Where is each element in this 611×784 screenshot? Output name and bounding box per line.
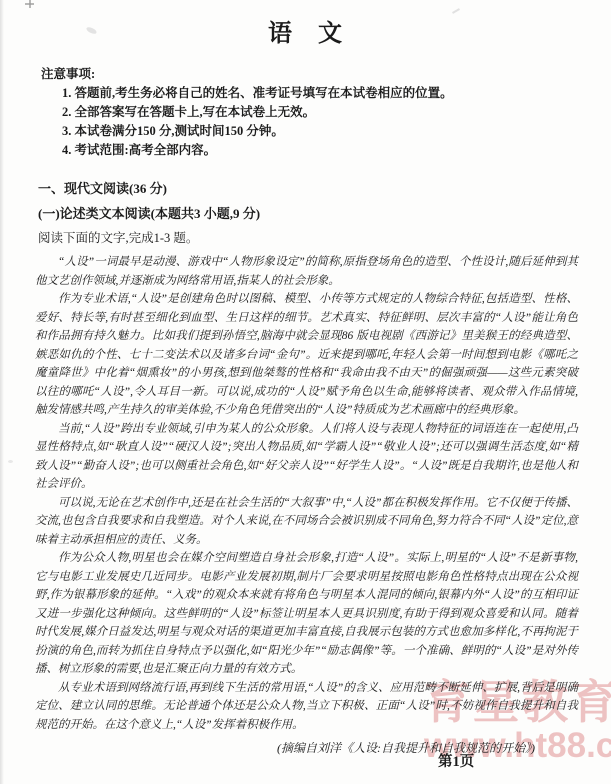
page-number: 第1页 bbox=[438, 750, 474, 771]
exam-title: 语 文 bbox=[0, 0, 611, 48]
passage-paragraph-1: “人设”一词最早是动漫、游戏中“人物形象设定”的简称,原指登场角色的造型、个性设… bbox=[35, 253, 578, 290]
notice-item-3: 3. 本试卷满分150 分,测试时间150 分钟。 bbox=[41, 122, 581, 141]
passage-paragraph-6: 从专业术语到网络流行语,再到线下生活的常用语,“人设”的含义、应用范畴不断延伸、… bbox=[35, 679, 578, 735]
reading-passage: “人设”一词最早是动漫、游戏中“人物形象设定”的简称,原指登场角色的造型、个性设… bbox=[35, 253, 578, 734]
passage-paragraph-3: 当前,“人设”跨出专业领域,引申为某人的公众形象。人们将人设与表现人物特征的词语… bbox=[35, 420, 578, 494]
notice-section: 注意事项: 1. 答题前,考生务必将自己的姓名、准考证号填写在本试卷相应的位置。… bbox=[41, 65, 581, 160]
reading-instruction: 阅读下面的文字,完成1-3 题。 bbox=[38, 226, 581, 251]
passage-paragraph-2: 作为专业术语,“人设”是创建角色时以图稿、模型、小传等方式规定的人物综合特征,包… bbox=[35, 290, 578, 420]
passage-paragraph-5: 作为公众人物,明星也会在媒介空间塑造自身社会形象,打造“人设”。实际上,明星的“… bbox=[35, 549, 578, 679]
section-heading: 一、现代文阅读(36 分) bbox=[38, 176, 581, 201]
subsection-heading: (一)论述类文本阅读(本题共3 小题,9 分) bbox=[38, 201, 581, 226]
notice-item-1: 1. 答题前,考生务必将自己的姓名、准考证号填写在本试卷相应的位置。 bbox=[41, 84, 581, 103]
source-attribution: (摘编自刘洋《人设:自我提升和自我规范的开始》) bbox=[0, 739, 611, 756]
notice-heading: 注意事项: bbox=[41, 65, 581, 84]
page-content: 语 文 注意事项: 1. 答题前,考生务必将自己的姓名、准考证号填写在本试卷相应… bbox=[0, 0, 611, 756]
notice-item-4: 4. 考试范围:高考全部内容。 bbox=[41, 141, 581, 160]
passage-paragraph-4: 可以说,无论在艺术创作中,还是在社会生活的“大叙事”中,“人设”都在积极发挥作用… bbox=[35, 494, 578, 550]
notice-item-2: 2. 全部答案写在答题卡上,写在本试卷上无效。 bbox=[41, 103, 581, 122]
exam-paper-page: 育星教育网 www.ht88.com 语 文 注意事项: 1. 答题前,考生务必… bbox=[0, 0, 611, 784]
